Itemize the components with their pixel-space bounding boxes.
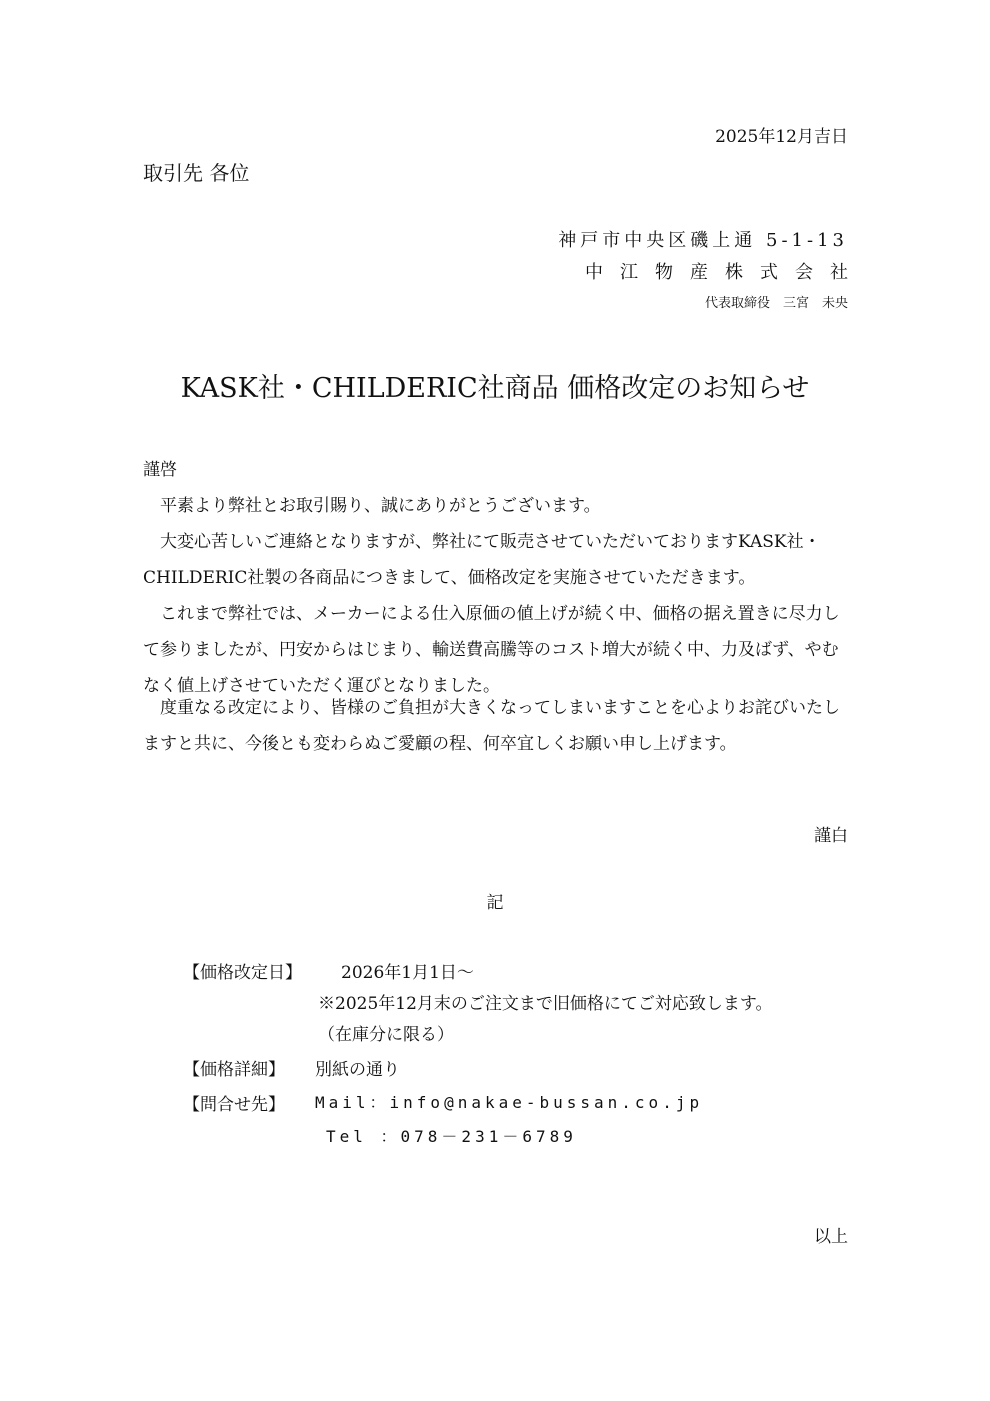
note-remark-2: （在庫分に限る） — [318, 1020, 454, 1045]
addressee: 取引先 各位 — [143, 157, 249, 186]
sender-address: 神戸市中央区磯上通 5-1-13 — [558, 226, 848, 252]
opening-salutation: 謹啓 — [143, 452, 853, 488]
contact-phone: Tel ：078－231－6789 — [326, 1124, 577, 1147]
note-label: 【問合せ先】 — [183, 1090, 285, 1115]
note-value: 別紙の通り — [315, 1055, 400, 1080]
sender-representative: 代表取締役 三宮 未央 — [705, 292, 848, 311]
note-label: 【価格詳細】 — [183, 1055, 285, 1080]
note-label: 【価格改定日】 — [183, 958, 302, 983]
notes-heading: 記 — [0, 888, 990, 913]
sender-company: 中江物産株式会社 — [585, 258, 865, 284]
letter-body-2: 度重なる改定により、皆様のご負担が大きくなってしまいますことを心よりお詫びいたし… — [143, 690, 853, 762]
paragraph-1: 平素より弊社とお取引賜り、誠にありがとうございます。 — [143, 488, 853, 524]
paragraph-3: これまで弊社では、メーカーによる仕入原価の値上げが続く中、価格の据え置きに尽力し… — [143, 596, 853, 704]
document-date: 2025年12月吉日 — [715, 122, 848, 147]
page-title: KASK社・CHILDERIC社商品 価格改定のお知らせ — [0, 366, 990, 405]
closing-salutation: 謹白 — [814, 821, 848, 846]
paragraph-2: 大変心苦しいご連絡となりますが、弊社にて販売させていただいておりますKASK社・… — [143, 524, 853, 596]
contact-email: Mail：info@nakae-bussan.co.jp — [315, 1090, 703, 1113]
paragraph-4: 度重なる改定により、皆様のご負担が大きくなってしまいますことを心よりお詫びいたし… — [143, 690, 853, 762]
note-remark: ※2025年12月末のご注文まで旧価格にてご対応致します。 — [318, 989, 773, 1014]
note-value: 2026年1月1日～ — [341, 958, 474, 983]
letter-body: 謹啓 平素より弊社とお取引賜り、誠にありがとうございます。 大変心苦しいご連絡と… — [143, 452, 853, 704]
end-mark: 以上 — [814, 1222, 848, 1247]
